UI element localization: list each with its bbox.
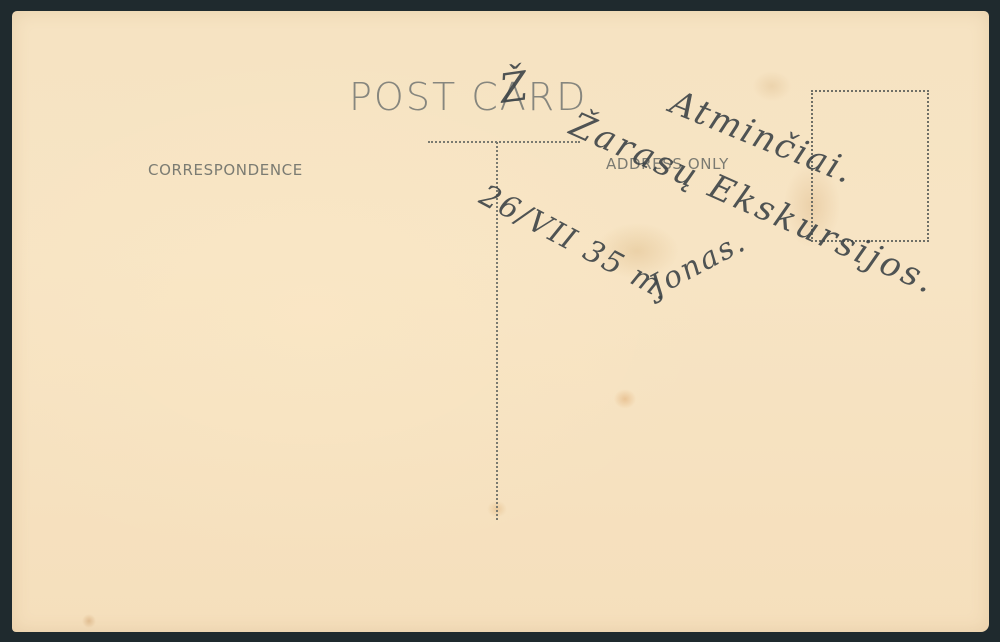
handwritten-date: 26/VII 35 m. bbox=[474, 178, 678, 309]
post-card-title: POST CARD bbox=[349, 75, 587, 119]
correspondence-label: CORRESPONDENCE bbox=[148, 161, 303, 179]
address-only-label: ADDRESS ONLY bbox=[606, 155, 729, 173]
address-top-dotted-line bbox=[428, 141, 580, 143]
postcard: POST CARD CORRESPONDENCE ADDRESS ONLY Ž … bbox=[12, 11, 989, 632]
stamp-box bbox=[811, 90, 929, 242]
handwritten-signature: Jonas. bbox=[644, 224, 752, 304]
center-dotted-divider bbox=[496, 142, 498, 520]
